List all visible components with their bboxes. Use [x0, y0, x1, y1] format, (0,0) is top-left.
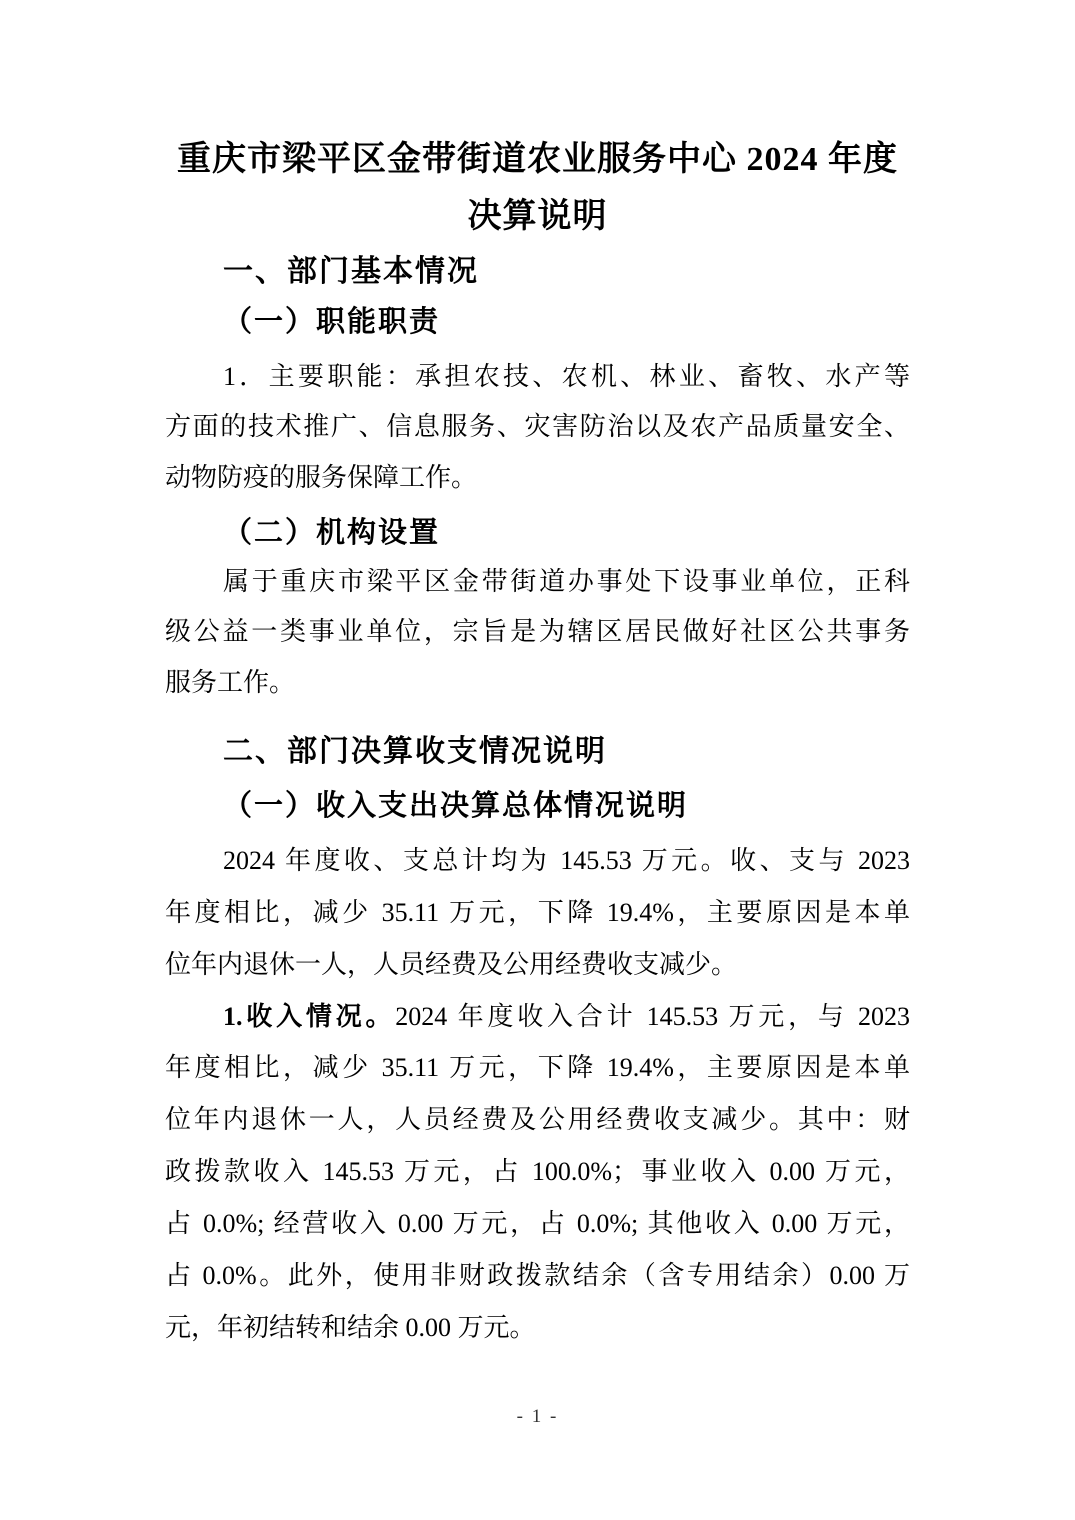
heading-duties: （一）职能职责	[165, 296, 910, 348]
paragraph-org-line-1: 属于重庆市梁平区金带街道办事处下设事业单位，正科	[165, 556, 910, 608]
document-title-line-1: 重庆市梁平区金带街道农业服务中心 2024 年度	[165, 132, 910, 188]
paragraph-income-line-2: 年度相比，减少 35.11 万元，下降 19.4%，主要原因是本单	[165, 1042, 910, 1094]
income-line-1-rest: 2024 年度收入合计 145.53 万元，与 2023	[395, 1002, 910, 1031]
heading-budget-overview: 二、部门决算收支情况说明	[165, 726, 910, 778]
income-bold-lead: 1.收入情况。	[223, 1002, 395, 1031]
paragraph-org-line-2: 级公益一类事业单位，宗旨是为辖区居民做好社区公共事务	[165, 606, 910, 658]
document-title-line-2: 决算说明	[165, 189, 910, 245]
paragraph-duties-line-3: 动物防疫的服务保障工作。	[165, 452, 910, 504]
paragraph-income-line-5: 占 0.0%; 经营收入 0.00 万元，占 0.0%; 其他收入 0.00 万…	[165, 1198, 910, 1250]
page-number: - 1 -	[165, 1391, 910, 1443]
heading-basic-info: 一、部门基本情况	[165, 246, 910, 298]
paragraph-duties-line-2: 方面的技术推广、信息服务、灾害防治以及农产品质量安全、	[165, 401, 910, 453]
paragraph-overview-line-1: 2024 年度收、支总计均为 145.53 万元。收、支与 2023	[165, 835, 910, 887]
paragraph-income-line-3: 位年内退休一人，人员经费及公用经费收支减少。其中：财	[165, 1094, 910, 1146]
paragraph-income-line-6: 占 0.0%。此外，使用非财政拨款结余（含专用结余）0.00 万	[165, 1250, 910, 1302]
heading-income-expense-overview: （一）收入支出决算总体情况说明	[165, 780, 910, 832]
paragraph-income-line-1: 1.收入情况。2024 年度收入合计 145.53 万元，与 2023	[165, 991, 910, 1043]
heading-org-setup: （二）机构设置	[165, 507, 910, 559]
paragraph-duties-line-1: 1．主要职能：承担农技、农机、林业、畜牧、水产等	[165, 351, 910, 403]
paragraph-income-line-4: 政拨款收入 145.53 万元，占 100.0%；事业收入 0.00 万元，	[165, 1146, 910, 1198]
paragraph-overview-line-2: 年度相比，减少 35.11 万元，下降 19.4%，主要原因是本单	[165, 887, 910, 939]
paragraph-income-line-7: 元，年初结转和结余 0.00 万元。	[165, 1302, 910, 1354]
document-page: 重庆市梁平区金带街道农业服务中心 2024 年度 决算说明 一、部门基本情况 （…	[0, 0, 1075, 1520]
paragraph-overview-line-3: 位年内退休一人，人员经费及公用经费收支减少。	[165, 939, 910, 991]
paragraph-org-line-3: 服务工作。	[165, 657, 910, 709]
